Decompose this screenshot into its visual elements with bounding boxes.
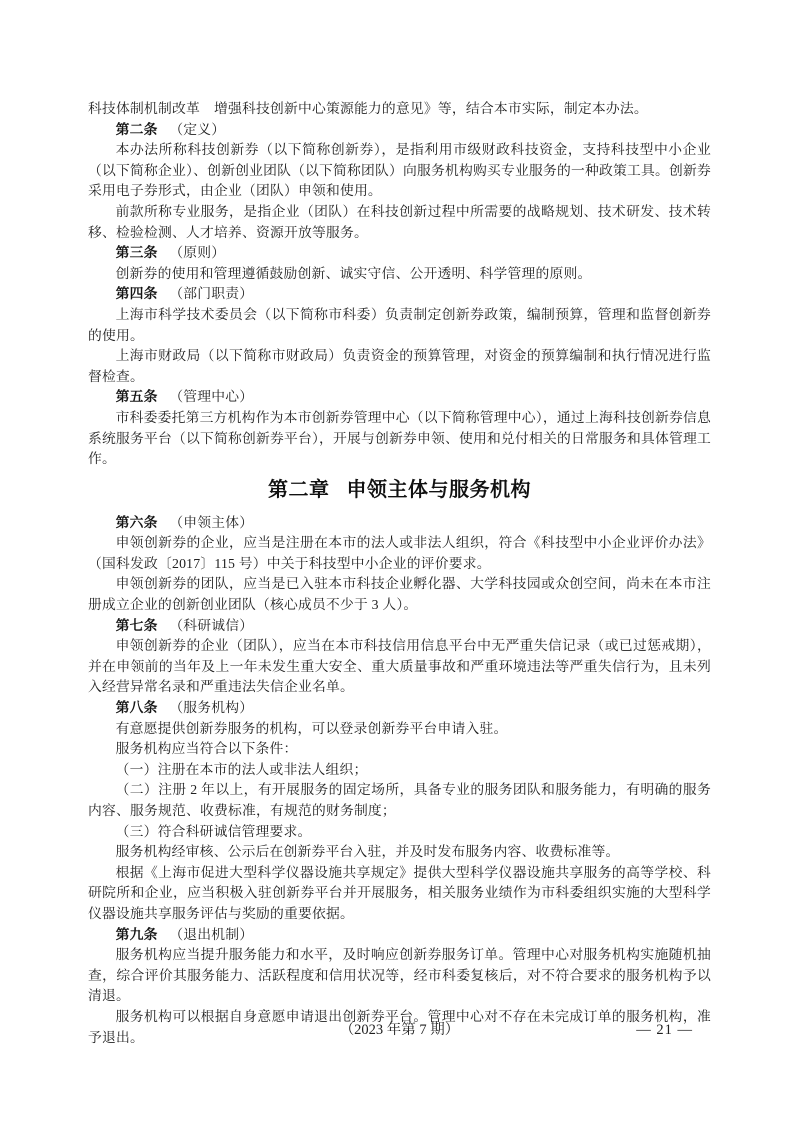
article-number: 第七条 <box>116 618 158 633</box>
paragraph: 申领创新券的企业，应当是注册在本市的法人或非法人组织，符合《科技型中小企业评价办… <box>88 533 711 574</box>
page-footer: （2023 年第 7 期） — 21 — <box>88 1021 711 1040</box>
article-number: 第九条 <box>116 927 158 942</box>
article-number: 第二条 <box>116 122 158 137</box>
paragraph: 服务机构应当符合以下条件： <box>88 739 711 760</box>
article-number: 第五条 <box>116 389 158 404</box>
paragraph: 服务机构经审核、公示后在创新券平台入驻，并及时发布服务内容、收费标准等。 <box>88 842 711 863</box>
paragraph: 市科委委托第三方机构作为本市创新券管理中心（以下简称管理中心），通过上海科技创新… <box>88 408 711 470</box>
article-title: （管理中心） <box>169 389 253 404</box>
document-page: 科技体制机制改革 增强科技创新中心策源能力的意见》等，结合本市实际，制定本办法。… <box>0 0 793 1122</box>
article-number: 第四条 <box>116 286 158 301</box>
article-heading: 第二条（定义） <box>88 120 711 141</box>
paragraph: 上海市科学技术委员会（以下简称市科委）负责制定创新券政策，编制预算，管理和监督创… <box>88 305 711 346</box>
paragraph: 服务机构应当提升服务能力和水平，及时响应创新券服务订单。管理中心对服务机构实施随… <box>88 945 711 1007</box>
article-heading: 第三条（原则） <box>88 243 711 264</box>
paragraph: （三）符合科研诚信管理要求。 <box>88 822 711 843</box>
document-content: 科技体制机制改革 增强科技创新中心策源能力的意见》等，结合本市实际，制定本办法。… <box>88 99 711 1048</box>
article-title: （退出机制） <box>169 927 253 942</box>
article-title: （定义） <box>169 122 225 137</box>
paragraph: 申领创新券的企业（团队），应当在本市科技信用信息平台中无严重失信记录（或已过惩戒… <box>88 636 711 698</box>
paragraph: 有意愿提供创新券服务的机构，可以登录创新券平台申请入驻。 <box>88 719 711 740</box>
paragraph: 申领创新券的团队，应当是已入驻本市科技企业孵化器、大学科技园或众创空间，尚未在本… <box>88 574 711 615</box>
paragraph: 创新券的使用和管理遵循鼓励创新、诚实守信、公开透明、科学管理的原则。 <box>88 264 711 285</box>
issue-label: （2023 年第 7 期） <box>88 1021 711 1040</box>
article-number: 第三条 <box>116 245 158 260</box>
article-number: 第八条 <box>116 700 158 715</box>
chapter-title: 申领主体与服务机构 <box>347 479 532 501</box>
paragraph: （二）注册 2 年以上，有开展服务的固定场所，具备专业的服务团队和服务能力，有明… <box>88 780 711 821</box>
article-heading: 第六条（申领主体） <box>88 513 711 534</box>
article-heading: 第九条（退出机制） <box>88 925 711 946</box>
page-number: — 21 — <box>636 1021 693 1040</box>
article-heading: 第四条（部门职责） <box>88 284 711 305</box>
article-title: （科研诚信） <box>169 618 253 633</box>
paragraph: 本办法所称科技创新券（以下简称创新券），是指利用市级财政科技资金，支持科技型中小… <box>88 140 711 202</box>
paragraph: 科技体制机制改革 增强科技创新中心策源能力的意见》等，结合本市实际，制定本办法。 <box>88 99 711 120</box>
paragraph: （一）注册在本市的法人或非法人组织； <box>88 760 711 781</box>
article-heading: 第五条（管理中心） <box>88 387 711 408</box>
article-heading: 第七条（科研诚信） <box>88 616 711 637</box>
paragraph: 上海市财政局（以下简称市财政局）负责资金的预算管理，对资金的预算编制和执行情况进… <box>88 346 711 387</box>
chapter-number: 第二章 <box>268 479 330 501</box>
article-title: （服务机构） <box>169 700 253 715</box>
article-number: 第六条 <box>116 515 158 530</box>
paragraph: 前款所称专业服务，是指企业（团队）在科技创新过程中所需要的战略规划、技术研发、技… <box>88 202 711 243</box>
article-title: （部门职责） <box>169 286 253 301</box>
article-heading: 第八条（服务机构） <box>88 698 711 719</box>
chapter-heading: 第二章申领主体与服务机构 <box>88 477 711 504</box>
paragraph: 根据《上海市促进大型科学仪器设施共享规定》提供大型科学仪器设施共享服务的高等学校… <box>88 863 711 925</box>
article-title: （申领主体） <box>169 515 253 530</box>
article-title: （原则） <box>169 245 225 260</box>
